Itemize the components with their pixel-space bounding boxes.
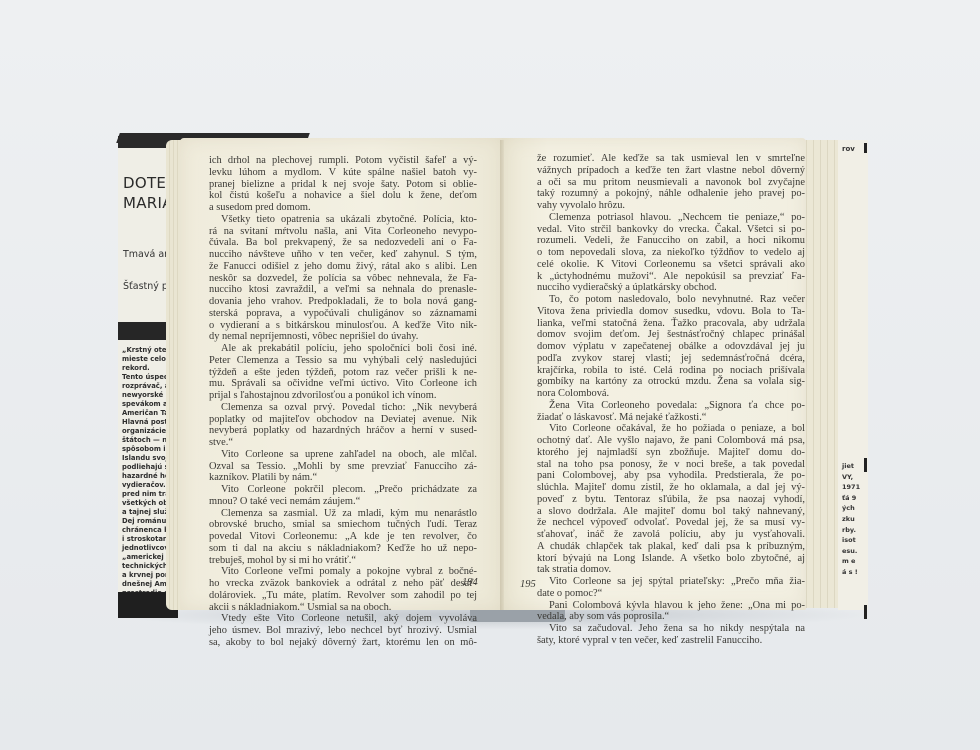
text-line: rá na svitaní mŕtvolu našla, ani Vita Co…: [209, 226, 477, 238]
text-line: Žena Vita Corleoneho povedala: „Signora …: [537, 400, 805, 412]
jacket-right-mark: [864, 143, 867, 153]
text-line: date o pomoc?“: [537, 588, 805, 600]
text-line: sa, akoby to bol nejaký dôverný žart, kt…: [209, 637, 477, 649]
text-line: kol čistú košeľu a nohavice a šiel dolu …: [209, 190, 477, 202]
jacket-right-fragment: á s !: [842, 568, 858, 576]
text-line: celé okolie. K Vitovi Corleonemu sa všet…: [537, 259, 805, 271]
right-page-text: že rozumieť. Ale keďže sa tak usmieval l…: [537, 153, 805, 647]
right-page-number: 195: [520, 579, 536, 590]
dust-jacket-front-flap: rov jietVY,1971ťá 9ýchzkurby.isotesu.m e…: [838, 140, 868, 610]
left-page-text: ich drhol na plechovej rumpli. Potom vyč…: [209, 155, 477, 649]
text-line: mu. Správali sa očividne veľmi úctivo. V…: [209, 378, 477, 390]
text-line: žiadať o láskavosť. Má nejaké ťažkosti.“: [537, 412, 805, 424]
text-line: trebuješ, mohol by si mi ho vrátiť.“: [209, 555, 477, 567]
text-line: nucciho vydieračský a úplatkársky obchod…: [537, 282, 805, 294]
text-line: stal na toho psa ponosy, že v noci breše…: [537, 459, 805, 471]
jacket-right-fragment: ých: [842, 504, 855, 512]
text-line: šaty, ktoré vypral v ten večer, keď zast…: [537, 635, 805, 647]
jacket-right-fragment: zku: [842, 515, 855, 523]
jacket-right-fragment: rby.: [842, 526, 856, 534]
text-line: dovania jeho vrahov. Predpokladali, že t…: [209, 296, 477, 308]
text-line: Všetky tieto opatrenia sa ukázali zbytoč…: [209, 214, 477, 226]
jacket-right-fragment: 1971: [842, 483, 860, 491]
text-line: Ozval sa Tessio. „Mohli by sme prevziať …: [209, 461, 477, 473]
text-line: pani Colombovej, aby psa vyhodila. Preds…: [537, 470, 805, 482]
text-line: Vito Corleone očakával, že ho požiada o …: [537, 423, 805, 435]
jacket-right-fragment: VY,: [842, 473, 853, 481]
text-line: jeho úsmev. Bol mrazivý, lebo nechcel by…: [209, 625, 477, 637]
text-line: A chudák chlapček tak plakal, keď dali p…: [537, 541, 805, 553]
text-line: poplatky od majiteľov obchodov na Deviat…: [209, 414, 477, 426]
text-line: sťahovať, ináč že zavolá políciu, aby ju…: [537, 529, 805, 541]
text-line: stve.“: [209, 437, 477, 449]
jacket-right-fragment: jiet: [842, 462, 854, 470]
jacket-right-mark: [864, 605, 867, 619]
text-line: ktorí bývajú na Long Islande. A všetko b…: [537, 553, 805, 565]
text-line: poveď z bytu. Tentoraz sľúbila, že psa n…: [537, 494, 805, 506]
text-line: o tom nepovedali slova, za niekoľko týžd…: [537, 247, 805, 259]
page-block-right-edge: [800, 140, 840, 608]
text-line: krajčírka, robila to isté. Celá rodina p…: [537, 365, 805, 377]
text-line: kazníkov. Platili by nám.“: [209, 472, 477, 484]
text-line: akcii s nákladniakom.“ Usmial sa na oboc…: [209, 602, 477, 614]
text-line: dy nemal nepríjemnosti, vôbec neprišiel …: [209, 331, 477, 343]
text-line: nucciho ktosi zavraždil, a veľmi sa nehn…: [209, 284, 477, 296]
text-line: čúvala. Ba bol prekvapený, že sa nedozve…: [209, 237, 477, 249]
text-line: Clemenza potriasol hlavou. „Nechcem tie …: [537, 212, 805, 224]
text-line: nevyberá poplatky od hazardných hráčov a…: [209, 425, 477, 437]
text-line: domov svojim deťom. Jej šestnásťročný ch…: [537, 329, 805, 341]
text-line: ich drhol na plechovej rumpli. Potom vyč…: [209, 155, 477, 167]
text-line: ho vrecka zväzok bankoviek a odrátal z n…: [209, 578, 477, 590]
text-line: o vydieraní a s bitkárskou minulosťou. A…: [209, 320, 477, 332]
text-line: že Fanucci odišiel z jeho domu živý, rát…: [209, 261, 477, 273]
text-line: levku lúhom a mydlom. V kúte spálne naši…: [209, 167, 477, 179]
text-line: Vito Corleone sa jej spýtal priateľsky: …: [537, 576, 805, 588]
text-line: Peter Clemenza a Tessio sa mu vyhýbali c…: [209, 355, 477, 367]
text-line: To, čo potom nasledovalo, bolo nevyhnutn…: [537, 294, 805, 306]
text-line: pranej bielizne a pridal k nej svoje šat…: [209, 179, 477, 191]
text-line: neskôr sa dozvedel, že polícia sa vôbec …: [209, 273, 477, 285]
text-line: obrovské brucho, smial sa smiechom tučný…: [209, 519, 477, 531]
jacket-right-fragment: ťá 9: [842, 494, 856, 502]
jacket-right-fragment: m e: [842, 557, 855, 565]
text-line: tak stratia domov.: [537, 564, 805, 576]
text-line: vedala, aby som vás poprosila.“: [537, 611, 805, 623]
text-line: a oči sa mu pritom neusmievali a navonok…: [537, 177, 805, 189]
text-line: k „úctyhodnému mužovi“. Ale nepokúsil sa…: [537, 271, 805, 283]
text-line: Vitova žena priviedla domov susedku, vdo…: [537, 306, 805, 318]
text-line: že rozumieť. Ale keďže sa tak usmieval l…: [537, 153, 805, 165]
text-line: mnou? O také veci nemám záujem.“: [209, 496, 477, 508]
text-line: a susedom pred domom.: [209, 202, 477, 214]
text-line: sterská poprava, a vypočúvali chuligánov…: [209, 308, 477, 320]
text-line: domov výplatu v zapečatenej obálke a odo…: [537, 341, 805, 353]
text-line: gombíky na kartóny za otrockú mzdu. Žena…: [537, 376, 805, 388]
text-line: slúchla. Majiteľ domu zistil, že ho okla…: [537, 482, 805, 494]
text-line: nucciho návšteve uňho v ten večer, keď z…: [209, 249, 477, 261]
text-line: Ale ak prekabátil políciu, jeho spoloční…: [209, 343, 477, 355]
book-gutter: [500, 140, 504, 610]
photo-background: DOTER MARIA Tmavá aré Šťastný pú „Krstný…: [0, 0, 980, 750]
text-line: týždeň a ešte jeden týždeň, potom raz ve…: [209, 367, 477, 379]
text-line: som ti dal na akciu s nákladniakom? Keďž…: [209, 543, 477, 555]
text-line: ktorého jej najmladší syn zbožňuje. Maji…: [537, 447, 805, 459]
text-line: vedal. Vito strčil bankovky do vrecka. Č…: [537, 224, 805, 236]
text-line: taký rozumný a pokojný, náhle odhalenie …: [537, 188, 805, 200]
jacket-right-top-fragment: rov: [842, 145, 855, 153]
left-page-number: 194: [462, 577, 478, 588]
text-line: že nechcel výpoveď odvolať. Povedal jej,…: [537, 517, 805, 529]
text-line: a slovo dodržala. Ale majiteľ domu bol t…: [537, 506, 805, 518]
jacket-right-mark: [864, 458, 867, 472]
text-line: rozumeli. Vedeli, že Fanucciho on zabil,…: [537, 235, 805, 247]
text-line: ochotný dať. Ale vyšlo najavo, že pani C…: [537, 435, 805, 447]
text-line: Vito Corleone pokrčil plecom. „Prečo pri…: [209, 484, 477, 496]
text-line: dolároviek. „Tu máte, platím. Revolver s…: [209, 590, 477, 602]
text-line: podľa zvykov starej vlasti; jej sedemnás…: [537, 353, 805, 365]
text-line: Clemenza sa zasmial. Už za mladi, kým mu…: [209, 508, 477, 520]
text-line: prijal s ľahostajnou zdvorilosťou a ponú…: [209, 390, 477, 402]
jacket-right-fragment: isot: [842, 536, 856, 544]
text-line: Vito Corleone sa uprene zahľadel na oboc…: [209, 449, 477, 461]
text-line: Vtedy ešte Vito Corleone netušil, aký do…: [209, 613, 477, 625]
text-line: povedal Vitovi Corleonemu: „A kde je ten…: [209, 531, 477, 543]
text-line: lianka, veľmi statočná žena. Ťažko praco…: [537, 318, 805, 330]
text-line: vahy vyvolalo hrôzu.: [537, 200, 805, 212]
text-line: Vito Corleone veľmi pomaly a pokojne vyb…: [209, 566, 477, 578]
text-line: vážnych prípadoch a keďže ten žart vlast…: [537, 165, 805, 177]
text-line: Clemenza sa ozval prvý. Povedal ticho: „…: [209, 402, 477, 414]
jacket-right-fragment: esu.: [842, 547, 857, 555]
text-line: Vito sa začudoval. Jeho žena sa ho nikdy…: [537, 623, 805, 635]
text-line: nora Colombová.: [537, 388, 805, 400]
text-line: Pani Colombová kývla hlavou k jeho žene:…: [537, 600, 805, 612]
